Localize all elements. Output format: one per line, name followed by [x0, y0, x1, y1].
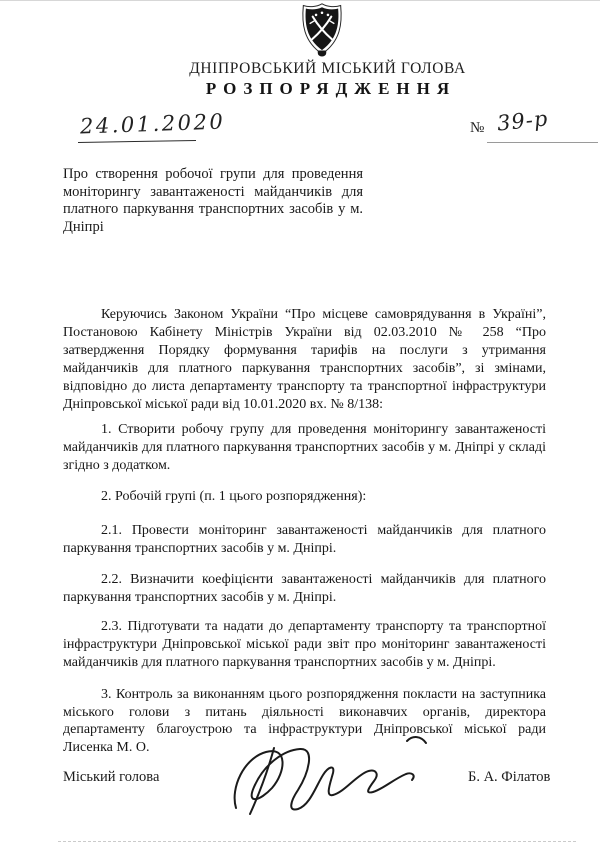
signer-name: Б. А. Філатов — [468, 769, 550, 786]
body-paragraph-item-2: 2. Робочій групі (п. 1 цього розпоряджен… — [63, 488, 546, 506]
scan-artifact-line — [58, 841, 576, 842]
body-paragraph-item-2-1: 2.1. Провести моніторинг завантаженості … — [63, 522, 546, 558]
org-name: ДНІПРОВСЬКИЙ МІСЬКИЙ ГОЛОВА — [55, 60, 600, 78]
signer-position: Міський голова — [63, 769, 159, 786]
date-underline — [78, 140, 196, 143]
handwritten-date: 24.01.2020 — [80, 109, 226, 138]
doc-type-title: РОЗПОРЯДЖЕННЯ — [62, 79, 600, 99]
city-coat-of-arms-icon — [296, 3, 348, 59]
body-paragraph-item-1: 1. Створити робочу групу для проведення … — [63, 421, 546, 475]
document-page: ДНІПРОВСЬКИЙ МІСЬКИЙ ГОЛОВА РОЗПОРЯДЖЕНН… — [0, 0, 600, 849]
number-label: № — [470, 120, 484, 137]
body-paragraph-item-2-2: 2.2. Визначити коефіцієнти завантаженост… — [63, 571, 546, 607]
signature-scrawl-icon — [222, 728, 432, 823]
handwritten-number: 39-р — [496, 106, 549, 135]
body-paragraph-preamble: Керуючись Законом України “Про місцеве с… — [63, 306, 546, 414]
subject-paragraph: Про створення робочої групи для проведен… — [63, 166, 363, 236]
number-underline — [487, 142, 598, 143]
body-paragraph-item-2-3: 2.3. Підготувати та надати до департамен… — [63, 618, 546, 672]
